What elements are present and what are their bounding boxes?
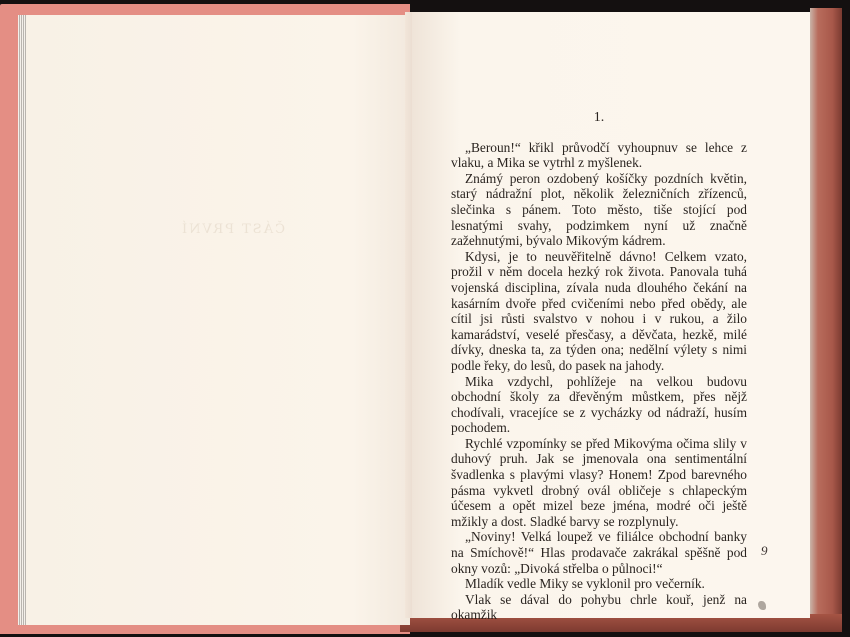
book-cover-right-edge (810, 8, 842, 628)
page-text-block: 1. „Beroun!“ křikl průvodčí vyhoupnuv se… (451, 110, 747, 623)
paragraph: Vlak se dával do pohybu chrle kouř, jenž… (451, 592, 747, 623)
paragraph: Mika vzdychl, pohlížeje na velkou budovu… (451, 374, 747, 436)
paragraph: Rychlé vzpomínky se před Mikovýma očima … (451, 436, 747, 530)
ink-smudge (758, 601, 766, 610)
paragraph: Mladík vedle Miky se vyklonil pro večern… (451, 576, 747, 592)
paragraph: Kdysi, je to neuvěřitelně dávno! Celkem … (451, 249, 747, 374)
paragraph: Známý peron ozdobený košíčky pozdních kv… (451, 171, 747, 249)
paragraph: „Noviny! Velká loupež ve filiálce obchod… (451, 529, 747, 576)
page-number: 9 (761, 543, 768, 559)
bleed-through-text: ČÁST PRVNÍ (180, 222, 285, 237)
paragraph: „Beroun!“ křikl průvodčí vyhoupnuv se le… (451, 140, 747, 171)
page-block-edges (18, 15, 26, 625)
left-page (26, 15, 410, 625)
chapter-number: 1. (451, 110, 747, 126)
